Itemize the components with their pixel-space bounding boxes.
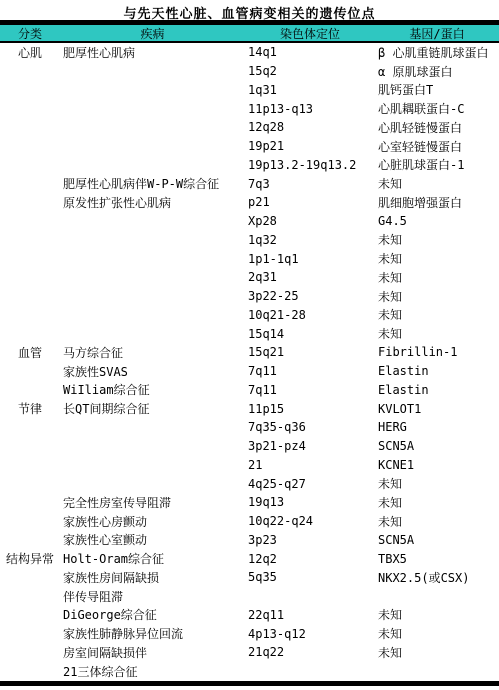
cell-disease: 肥厚性心肌病: [60, 44, 245, 61]
cell-gene-protein: 心肌耦联蛋白-C: [375, 100, 499, 117]
cell-chromosome-locus: 15q21: [245, 345, 375, 359]
table-row: 15q14未知: [0, 324, 499, 343]
cell-chromosome-locus: 10q22-q24: [245, 514, 375, 528]
cell-gene-protein: 未知: [375, 269, 499, 286]
cell-gene-protein: β 心肌重链肌球蛋白: [375, 44, 499, 61]
cell-gene-protein: Elastin: [375, 364, 499, 378]
cell-chromosome-locus: 1p1-1q1: [245, 252, 375, 266]
table-row: 21三体综合征: [0, 662, 499, 681]
cell-disease: 房室间隔缺损伴: [60, 644, 245, 661]
cell-chromosome-locus: 7q11: [245, 364, 375, 378]
cell-category: 节律: [0, 400, 60, 417]
table-row: 1p1-1q1未知: [0, 249, 499, 268]
cell-chromosome-locus: 7q11: [245, 383, 375, 397]
cell-category: 心肌: [0, 44, 60, 61]
table-row: Xp28G4.5: [0, 212, 499, 231]
cell-gene-protein: α 原肌球蛋白: [375, 63, 499, 80]
cell-gene-protein: TBX5: [375, 552, 499, 566]
cell-gene-protein: 心脏肌球蛋白-1: [375, 156, 499, 173]
table-row: 10q21-28未知: [0, 306, 499, 325]
cell-chromosome-locus: 4p13-q12: [245, 627, 375, 641]
cell-category: 血管: [0, 344, 60, 361]
cell-chromosome-locus: 12q28: [245, 120, 375, 134]
cell-disease: 完全性房室传导阻滞: [60, 494, 245, 511]
table-row: 肥厚性心肌病伴W-P-W综合征7q3未知: [0, 174, 499, 193]
document-page: 与先天性心脏、血管病变相关的遗传位点 分类 疾病 染色体定位 基因/蛋白 心肌肥…: [0, 0, 499, 690]
cell-chromosome-locus: p21: [245, 195, 375, 209]
table-row: 4q25-q27未知: [0, 474, 499, 493]
cell-chromosome-locus: 12q2: [245, 552, 375, 566]
cell-chromosome-locus: 1q31: [245, 83, 375, 97]
table-row: 家族性心房颤动10q22-q24未知: [0, 512, 499, 531]
column-header-chromosome-locus: 染色体定位: [245, 25, 375, 42]
cell-gene-protein: Fibrillin-1: [375, 345, 499, 359]
cell-chromosome-locus: 15q2: [245, 64, 375, 78]
cell-gene-protein: 未知: [375, 288, 499, 305]
cell-chromosome-locus: 1q32: [245, 233, 375, 247]
table-row: 原发性扩张性心肌病p21肌细胞增强蛋白: [0, 193, 499, 212]
cell-chromosome-locus: 14q1: [245, 45, 375, 59]
cell-chromosome-locus: 19q13: [245, 495, 375, 509]
cell-disease: 家族性心室颤动: [60, 531, 245, 548]
cell-gene-protein: 未知: [375, 606, 499, 623]
table-row: DiGeorge综合征22q11未知: [0, 606, 499, 625]
cell-gene-protein: 未知: [375, 475, 499, 492]
cell-disease: 伴传导阻滞: [60, 588, 245, 605]
table-row: 家族性心室颤动3p23SCN5A: [0, 531, 499, 550]
cell-disease: 家族性心房颤动: [60, 513, 245, 530]
cell-gene-protein: 未知: [375, 231, 499, 248]
cell-disease: 家族性房间隔缺损: [60, 569, 245, 586]
cell-gene-protein: 未知: [375, 250, 499, 267]
cell-gene-protein: 肌细胞增强蛋白: [375, 194, 499, 211]
cell-gene-protein: 肌钙蛋白T: [375, 81, 499, 98]
cell-gene-protein: HERG: [375, 420, 499, 434]
cell-disease: 家族性肺静脉异位回流: [60, 625, 245, 642]
bottom-rule: [0, 681, 499, 686]
cell-gene-protein: 未知: [375, 325, 499, 342]
table-row: 11p13-q13心肌耦联蛋白-C: [0, 99, 499, 118]
cell-gene-protein: 未知: [375, 306, 499, 323]
column-header-gene-protein: 基因/蛋白: [375, 25, 499, 42]
table-body: 心肌肥厚性心肌病14q1β 心肌重链肌球蛋白15q2α 原肌球蛋白1q31肌钙蛋…: [0, 43, 499, 681]
table-row: 家族性SVAS7q11Elastin: [0, 362, 499, 381]
table-row: 房室间隔缺损伴21q22未知: [0, 643, 499, 662]
table-row: 19p21心室轻链慢蛋白: [0, 137, 499, 156]
cell-disease: 长QT间期综合征: [60, 400, 245, 417]
table-row: 结构异常Holt-Oram综合征12q2TBX5: [0, 549, 499, 568]
cell-gene-protein: 未知: [375, 175, 499, 192]
table-row: 血管马方综合征15q21Fibrillin-1: [0, 343, 499, 362]
cell-disease: 21三体综合征: [60, 663, 245, 680]
table-row: 2q31未知: [0, 268, 499, 287]
cell-chromosome-locus: 4q25-q27: [245, 477, 375, 491]
column-header-category: 分类: [0, 25, 60, 42]
cell-chromosome-locus: 3p21-pz4: [245, 439, 375, 453]
cell-chromosome-locus: 3p23: [245, 533, 375, 547]
cell-chromosome-locus: 5q35: [245, 570, 375, 584]
table-row: 12q28心肌轻链慢蛋白: [0, 118, 499, 137]
cell-gene-protein: 未知: [375, 494, 499, 511]
cell-disease: 肥厚性心肌病伴W-P-W综合征: [60, 175, 245, 192]
cell-gene-protein: SCN5A: [375, 439, 499, 453]
cell-gene-protein: 心室轻链慢蛋白: [375, 138, 499, 155]
cell-gene-protein: KVLOT1: [375, 402, 499, 416]
cell-chromosome-locus: 7q3: [245, 177, 375, 191]
cell-gene-protein: 未知: [375, 513, 499, 530]
cell-gene-protein: 未知: [375, 625, 499, 642]
cell-gene-protein: Elastin: [375, 383, 499, 397]
table-row: WiIliam综合征7q11Elastin: [0, 381, 499, 400]
cell-chromosome-locus: 7q35-q36: [245, 420, 375, 434]
table-row: 1q32未知: [0, 231, 499, 250]
cell-disease: WiIliam综合征: [60, 381, 245, 398]
table-row: 3p22-25未知: [0, 287, 499, 306]
cell-disease: 原发性扩张性心肌病: [60, 194, 245, 211]
cell-chromosome-locus: 21: [245, 458, 375, 472]
table-row: 伴传导阻滞: [0, 587, 499, 606]
table-row: 家族性肺静脉异位回流4p13-q12未知: [0, 624, 499, 643]
cell-disease: Holt-Oram综合征: [60, 550, 245, 567]
table-row: 家族性房间隔缺损5q35NKX2.5(或CSX): [0, 568, 499, 587]
cell-chromosome-locus: 10q21-28: [245, 308, 375, 322]
table-row: 节律长QT间期综合征11p15KVLOT1: [0, 399, 499, 418]
cell-gene-protein: KCNE1: [375, 458, 499, 472]
table-row: 15q2α 原肌球蛋白: [0, 62, 499, 81]
cell-gene-protein: G4.5: [375, 214, 499, 228]
table-row: 完全性房室传导阻滞19q13未知: [0, 493, 499, 512]
cell-chromosome-locus: 11p15: [245, 402, 375, 416]
table-header-row: 分类 疾病 染色体定位 基因/蛋白: [0, 25, 499, 43]
cell-category: 结构异常: [0, 550, 60, 567]
cell-gene-protein: NKX2.5(或CSX): [375, 569, 499, 586]
cell-disease: 家族性SVAS: [60, 363, 245, 380]
cell-chromosome-locus: 3p22-25: [245, 289, 375, 303]
cell-chromosome-locus: 21q22: [245, 645, 375, 659]
cell-chromosome-locus: Xp28: [245, 214, 375, 228]
cell-gene-protein: SCN5A: [375, 533, 499, 547]
cell-disease: DiGeorge综合征: [60, 606, 245, 623]
cell-chromosome-locus: 22q11: [245, 608, 375, 622]
table-title: 与先天性心脏、血管病变相关的遗传位点: [0, 0, 499, 20]
table-row: 7q35-q36HERG: [0, 418, 499, 437]
cell-gene-protein: 未知: [375, 644, 499, 661]
cell-disease: 马方综合征: [60, 344, 245, 361]
table-row: 心肌肥厚性心肌病14q1β 心肌重链肌球蛋白: [0, 43, 499, 62]
cell-chromosome-locus: 15q14: [245, 327, 375, 341]
table-row: 1q31肌钙蛋白T: [0, 81, 499, 100]
table-row: 19p13.2-19q13.2心脏肌球蛋白-1: [0, 156, 499, 175]
table-row: 3p21-pz4SCN5A: [0, 437, 499, 456]
cell-chromosome-locus: 19p13.2-19q13.2: [245, 158, 375, 172]
column-header-disease: 疾病: [60, 25, 245, 42]
cell-chromosome-locus: 19p21: [245, 139, 375, 153]
cell-chromosome-locus: 2q31: [245, 270, 375, 284]
cell-chromosome-locus: 11p13-q13: [245, 102, 375, 116]
cell-gene-protein: 心肌轻链慢蛋白: [375, 119, 499, 136]
table-row: 21KCNE1: [0, 456, 499, 475]
